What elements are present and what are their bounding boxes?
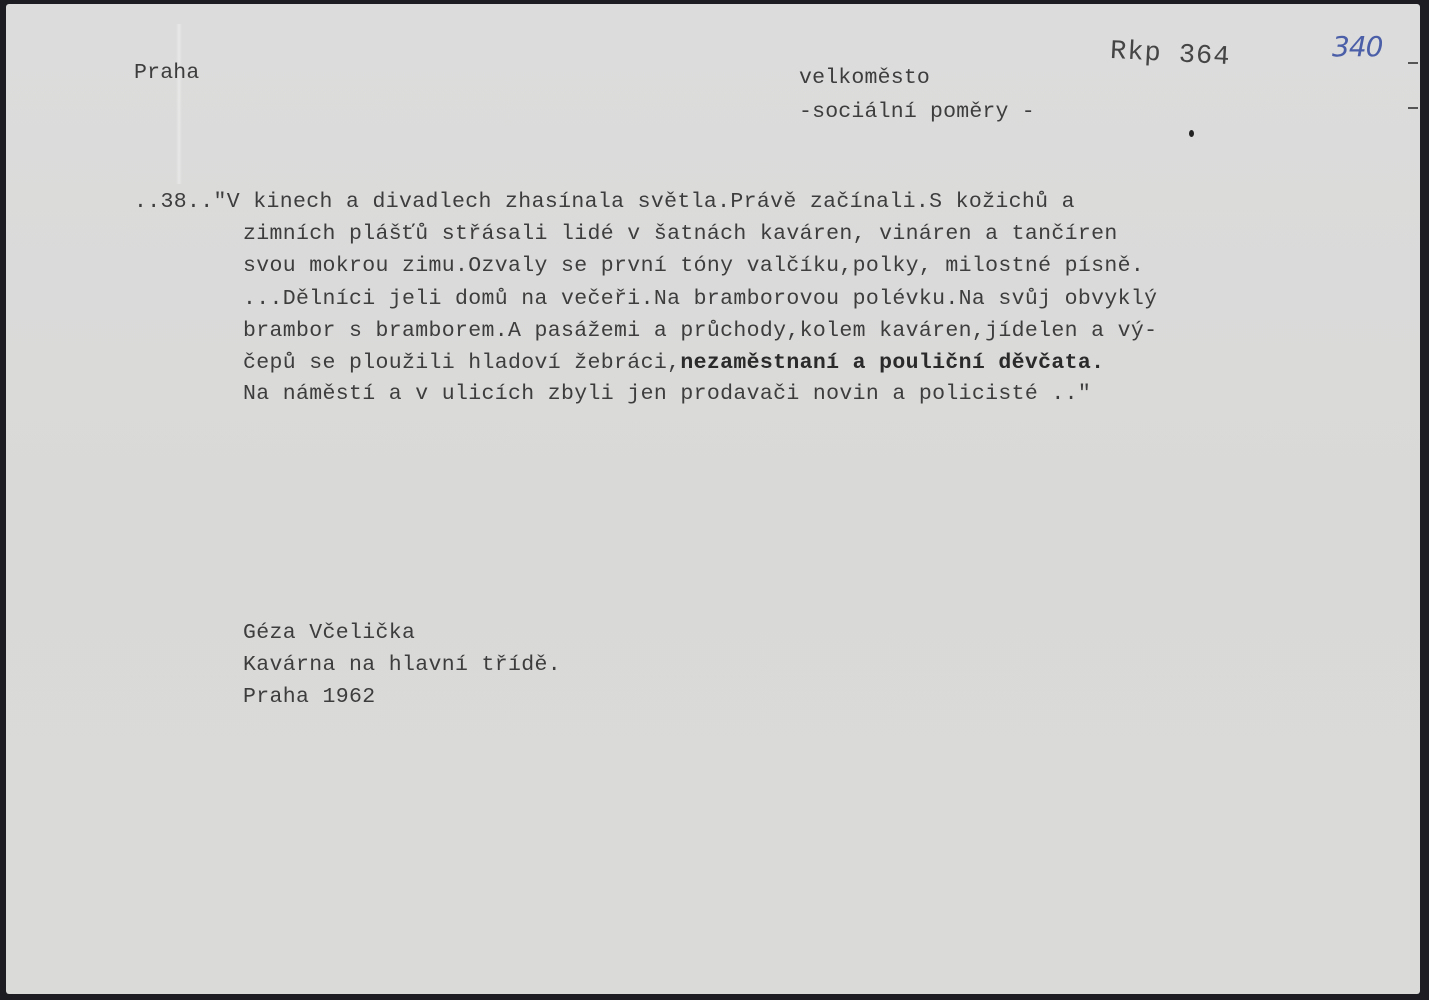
ink-dot xyxy=(1189,130,1194,137)
source-author: Géza Včelička xyxy=(243,621,415,645)
manuscript-signature: Rkp 364 xyxy=(1109,37,1231,73)
quote-line: zimních plášťů střásali lidé v šatnách k… xyxy=(243,222,1118,246)
source-title: Kavárna na hlavní třídě. xyxy=(243,653,561,677)
quote-line: Na náměstí a v ulicích zbyli jen prodava… xyxy=(243,382,1091,406)
edge-mark xyxy=(1408,107,1418,109)
place-heading: Praha xyxy=(134,61,200,85)
paper-crease xyxy=(176,24,182,184)
quote-line: ..38.."V kinech a divadlech zhasínala sv… xyxy=(134,190,1075,214)
quote-line-plain: čepů se ploužili hladoví žebráci, xyxy=(243,351,680,375)
quote-line: ...Dělníci jeli domů na večeři.Na brambo… xyxy=(243,287,1157,311)
subtopic-heading: -sociální poměry - xyxy=(799,100,1035,124)
quote-line: brambor s bramborem.A pasážemi a průchod… xyxy=(243,319,1157,343)
quote-line: čepů se ploužili hladoví žebráci,nezaměs… xyxy=(243,351,1104,375)
topic-heading: velkoměsto xyxy=(799,66,930,90)
archive-index-card: Praha velkoměsto -sociální poměry - Rkp … xyxy=(6,4,1420,994)
quote-line: svou mokrou zimu.Ozvaly se první tóny va… xyxy=(243,254,1144,278)
source-place-year: Praha 1962 xyxy=(243,685,376,709)
quote-line-emphasis: nezaměstnaní a pouliční děvčata. xyxy=(680,351,1104,375)
edge-mark xyxy=(1408,62,1418,64)
handwritten-page-number: 340 xyxy=(1332,30,1382,63)
